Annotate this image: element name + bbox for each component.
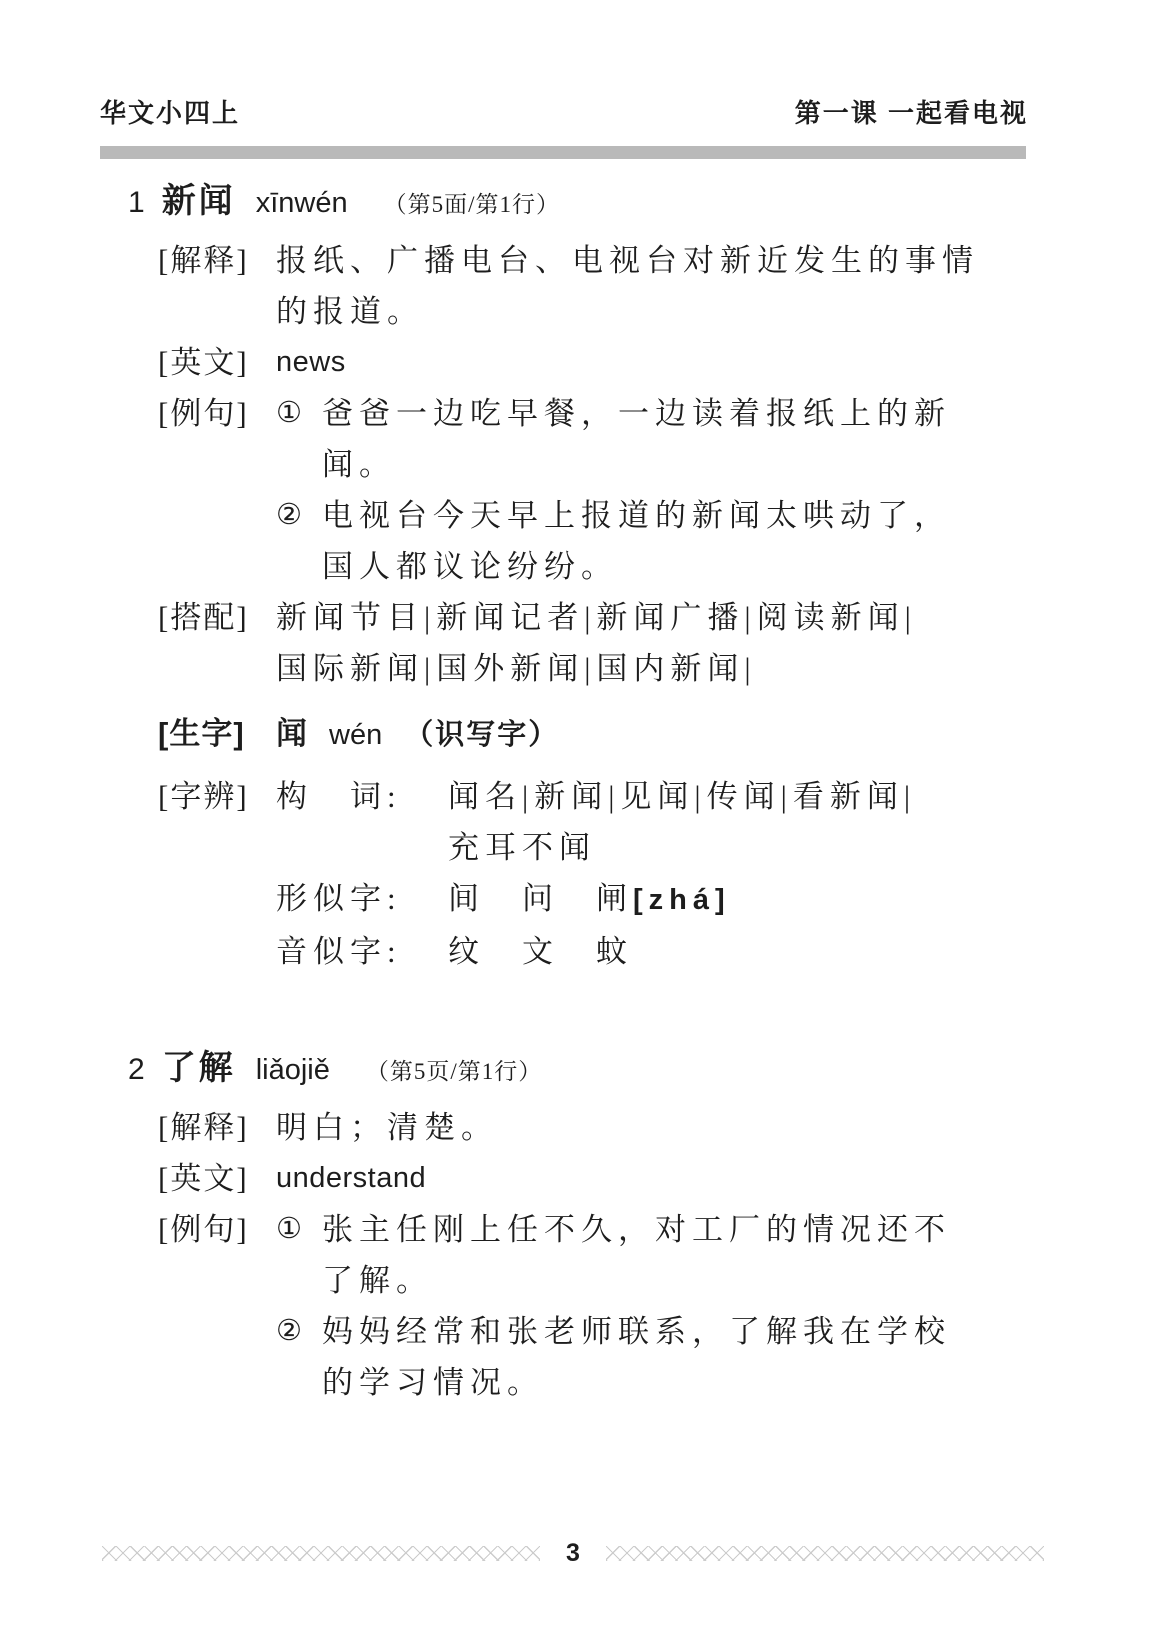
example-line: 张主任刚上任不久，对工厂的情况还不 — [322, 1204, 951, 1255]
entry-pinyin: xīnwén — [256, 187, 348, 219]
header-lesson-title: 第一课 一起看电视 — [795, 96, 1028, 130]
definition-label: [解释] — [158, 235, 258, 286]
vocab-entry-xinwen: 1新闻xīnwén（第5面/第1行） [解释] 报纸、广播电台、电视台对新近发生… — [0, 174, 1150, 977]
vocab-entry-liaojie: 2了解liǎojiě（第5页/第1行） [解释] 明白；清楚。 [英文] und… — [0, 1041, 1150, 1408]
word-formation-values: 闻名|新闻|见闻|传闻|看新闻| 充耳不闻 — [448, 771, 916, 873]
content-area: 1新闻xīnwén（第5面/第1行） [解释] 报纸、广播电台、电视台对新近发生… — [0, 174, 1150, 1408]
example-line: 电视台今天早上报道的新闻太哄动了， — [322, 490, 951, 541]
page-footer: 3 — [102, 1538, 1044, 1568]
example-line: 爸爸一边吃早餐，一边读着报纸上的新 — [322, 388, 951, 439]
entry-heading: 2了解liǎojiě（第5页/第1行） — [128, 1041, 1150, 1102]
page-number: 3 — [566, 1539, 580, 1568]
similar-form-chars: 间 问 闸 — [448, 881, 633, 916]
character-discrimination-content: 构 词: 闻名|新闻|见闻|传闻|看新闻| 充耳不闻 形似字: 间 问 闸[zh… — [276, 771, 916, 977]
example-line: 妈妈经常和张老师联系，了解我在学校 — [322, 1306, 951, 1357]
example-text: 张主任刚上任不久，对工厂的情况还不 了解。 — [322, 1204, 951, 1306]
examples-content: ① 张主任刚上任不久，对工厂的情况还不 了解。 ② 妈妈经常和张老师联系，了解我… — [276, 1204, 951, 1408]
example-item: ② 电视台今天早上报道的新闻太哄动了， 国人都议论纷纷。 — [276, 490, 951, 592]
similar-form-values: 间 问 闸[zhá] — [448, 873, 731, 926]
definition-content: 明白；清楚。 — [276, 1102, 498, 1153]
similar-form-key: 形似字: — [276, 873, 448, 924]
examples-row: [例句] ① 张主任刚上任不久，对工厂的情况还不 了解。 ② 妈妈经常和张老师联… — [158, 1204, 1150, 1408]
entry-headword: 新闻 — [162, 182, 236, 220]
new-character-content: 闻wén（识写字） — [276, 708, 559, 765]
entry-pinyin: liǎojiě — [256, 1054, 330, 1086]
new-character-row: [生字] 闻wén（识写字） — [158, 708, 1150, 765]
english-row: [英文] news — [158, 337, 1150, 388]
similar-sound-row: 音似字: 纹 文 蚊 — [276, 926, 916, 977]
definition-label: [解释] — [158, 1102, 258, 1153]
examples-label: [例句] — [158, 388, 258, 439]
definition-row: [解释] 报纸、广播电台、电视台对新近发生的事情 的报道。 — [158, 235, 1150, 337]
word-formation-line: 闻名|新闻|见闻|传闻|看新闻| — [448, 771, 916, 822]
collocations-label: [搭配] — [158, 592, 258, 643]
example-number-icon: ① — [276, 388, 322, 439]
entry-number: 1 — [128, 186, 145, 219]
english-translation: understand — [276, 1153, 426, 1204]
ornament-chain-right — [606, 1546, 1044, 1561]
similar-form-pinyin-note: [zhá] — [633, 884, 731, 916]
example-line: 了解。 — [322, 1255, 951, 1306]
collocations-line: 新闻节目|新闻记者|新闻广播|阅读新闻| — [276, 592, 917, 643]
similar-sound-key: 音似字: — [276, 926, 448, 977]
english-row: [英文] understand — [158, 1153, 1150, 1204]
collocations-row: [搭配] 新闻节目|新闻记者|新闻广播|阅读新闻| 国际新闻|国外新闻|国内新闻… — [158, 592, 1150, 694]
new-character-glyph: 闻 — [276, 716, 307, 751]
examples-label: [例句] — [158, 1204, 258, 1255]
character-discrimination-row: [字辨] 构 词: 闻名|新闻|见闻|传闻|看新闻| 充耳不闻 形似字: 间 问… — [158, 771, 1150, 977]
new-character-label: [生字] — [158, 708, 258, 759]
header-rule-bar — [100, 146, 1026, 159]
example-line: 国人都议论纷纷。 — [322, 541, 951, 592]
word-formation-row: 构 词: 闻名|新闻|见闻|传闻|看新闻| 充耳不闻 — [276, 771, 916, 873]
ornament-chain-left — [102, 1546, 540, 1561]
examples-row: [例句] ① 爸爸一边吃早餐，一边读着报纸上的新 闻。 ② 电视台今天早上报道的… — [158, 388, 1150, 592]
examples-content: ① 爸爸一边吃早餐，一边读着报纸上的新 闻。 ② 电视台今天早上报道的新闻太哄动… — [276, 388, 951, 592]
definition-row: [解释] 明白；清楚。 — [158, 1102, 1150, 1153]
collocations-line: 国际新闻|国外新闻|国内新闻| — [276, 643, 917, 694]
english-label: [英文] — [158, 1153, 258, 1204]
word-formation-key: 构 词: — [276, 771, 448, 822]
textbook-page: 华文小四上 第一课 一起看电视 1新闻xīnwén（第5面/第1行） [解释] … — [0, 0, 1150, 1649]
header-book-title: 华文小四上 — [100, 96, 240, 130]
definition-line: 的报道。 — [276, 286, 979, 337]
example-item: ② 妈妈经常和张老师联系，了解我在学校 的学习情况。 — [276, 1306, 951, 1408]
example-text: 爸爸一边吃早餐，一边读着报纸上的新 闻。 — [322, 388, 951, 490]
character-discrimination-label: [字辨] — [158, 771, 258, 822]
page-header: 华文小四上 第一课 一起看电视 — [100, 96, 1028, 130]
similar-sound-chars: 纹 文 蚊 — [448, 926, 633, 977]
example-number-icon: ② — [276, 490, 322, 541]
example-item: ① 爸爸一边吃早餐，一边读着报纸上的新 闻。 — [276, 388, 951, 490]
definition-line: 报纸、广播电台、电视台对新近发生的事情 — [276, 235, 979, 286]
new-character-note: （识写字） — [404, 719, 559, 751]
collocations-content: 新闻节目|新闻记者|新闻广播|阅读新闻| 国际新闻|国外新闻|国内新闻| — [276, 592, 917, 694]
example-line: 闻。 — [322, 439, 951, 490]
similar-form-row: 形似字: 间 问 闸[zhá] — [276, 873, 916, 926]
word-formation-line: 充耳不闻 — [448, 822, 916, 873]
example-text: 妈妈经常和张老师联系，了解我在学校 的学习情况。 — [322, 1306, 951, 1408]
entry-heading: 1新闻xīnwén（第5面/第1行） — [128, 174, 1150, 235]
new-character-pinyin: wén — [329, 719, 382, 751]
example-number-icon: ② — [276, 1306, 322, 1357]
entry-headword: 了解 — [162, 1049, 236, 1087]
example-item: ① 张主任刚上任不久，对工厂的情况还不 了解。 — [276, 1204, 951, 1306]
example-text: 电视台今天早上报道的新闻太哄动了， 国人都议论纷纷。 — [322, 490, 951, 592]
definition-content: 报纸、广播电台、电视台对新近发生的事情 的报道。 — [276, 235, 979, 337]
entry-location-ref: （第5面/第1行） — [384, 192, 560, 217]
entry-location-ref: （第5页/第1行） — [366, 1059, 542, 1084]
example-line: 的学习情况。 — [322, 1357, 951, 1408]
english-label: [英文] — [158, 337, 258, 388]
english-translation: news — [276, 337, 346, 388]
example-number-icon: ① — [276, 1204, 322, 1255]
entry-number: 2 — [128, 1053, 145, 1086]
